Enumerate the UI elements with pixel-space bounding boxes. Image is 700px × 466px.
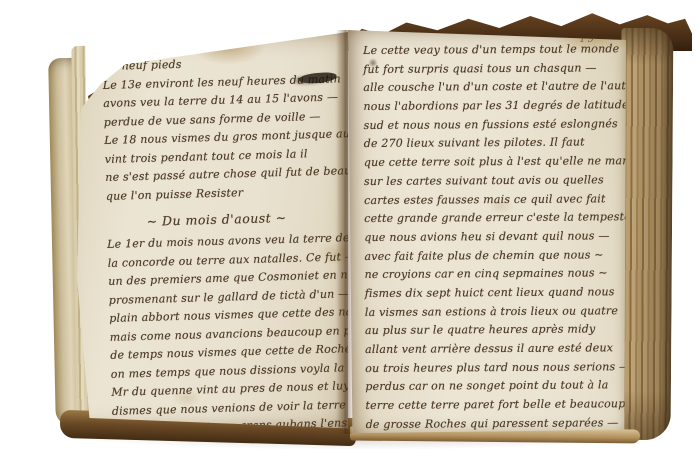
- manuscript-line: que cette terre soit plus à l'est qu'ell…: [364, 152, 616, 172]
- manuscript-line: cette grande grande erreur c'este la tem…: [364, 208, 616, 228]
- right-paragraph: Le cette veay tous d'un temps tout le mo…: [363, 40, 618, 434]
- manuscript-line: fut fort surpris quasi tous un chasqun —: [363, 59, 615, 79]
- manuscript-line: au plus sur le quatre heures après midy: [365, 321, 617, 341]
- manuscript-line: la vismes san estions à trois lieux ou q…: [365, 302, 617, 322]
- manuscript-line: ou trois heures plus tard nous nous seri…: [365, 358, 617, 378]
- manuscript-line: perdus car on ne songet point du tout à …: [365, 377, 617, 397]
- manuscript-photo: De neuf piedsLe 13e environt les neuf he…: [0, 0, 700, 466]
- manuscript-line: Le cette veay tous d'un temps tout le mo…: [363, 40, 615, 60]
- manuscript-line: avec fait faite plus de chemin que nous …: [364, 246, 616, 266]
- manuscript-line: cartes estes fausses mais ce quil avec f…: [364, 190, 616, 210]
- left-page: De neuf piedsLe 13e environt les neuf he…: [70, 28, 348, 430]
- manuscript-line: terre cette terre paret fort belle et be…: [365, 395, 617, 415]
- fore-edge-page-stack: [619, 28, 674, 440]
- manuscript-line: que nous avions heu si devant quil nous …: [364, 227, 616, 247]
- right-page-text: Le cette veay tous d'un temps tout le mo…: [363, 40, 618, 434]
- manuscript-line: ne croyions car en cinq sepmaines nous ~: [365, 264, 617, 284]
- manuscript-line: de 270 lieux suivant les pilotes. Il fau…: [364, 134, 616, 154]
- manuscript-line: sud et nous nous en fussions esté eslong…: [364, 115, 616, 135]
- manuscript-line: sur les cartes suivant tout avis ou quel…: [364, 171, 616, 191]
- left-page-text: De neuf piedsLe 13e environt les neuf he…: [102, 51, 349, 439]
- left-paragraph-2: Le 1er du mois nous avons veu la terre d…: [107, 229, 349, 439]
- manuscript-line: fismes dix sept huict cent lieux quand n…: [365, 283, 617, 303]
- manuscript-line: alle cousche l'un d'un coste et l'autre …: [363, 78, 615, 98]
- right-page: 19 Le cette veay tous d'un temps tout le…: [348, 26, 626, 436]
- manuscript-line: nous l'abordions par les 31 degrés de la…: [363, 96, 615, 116]
- month-heading: ~ Du mois d'aoust ~: [146, 206, 342, 231]
- manuscript-line: allant vent arrière dessus il aure esté …: [365, 339, 617, 359]
